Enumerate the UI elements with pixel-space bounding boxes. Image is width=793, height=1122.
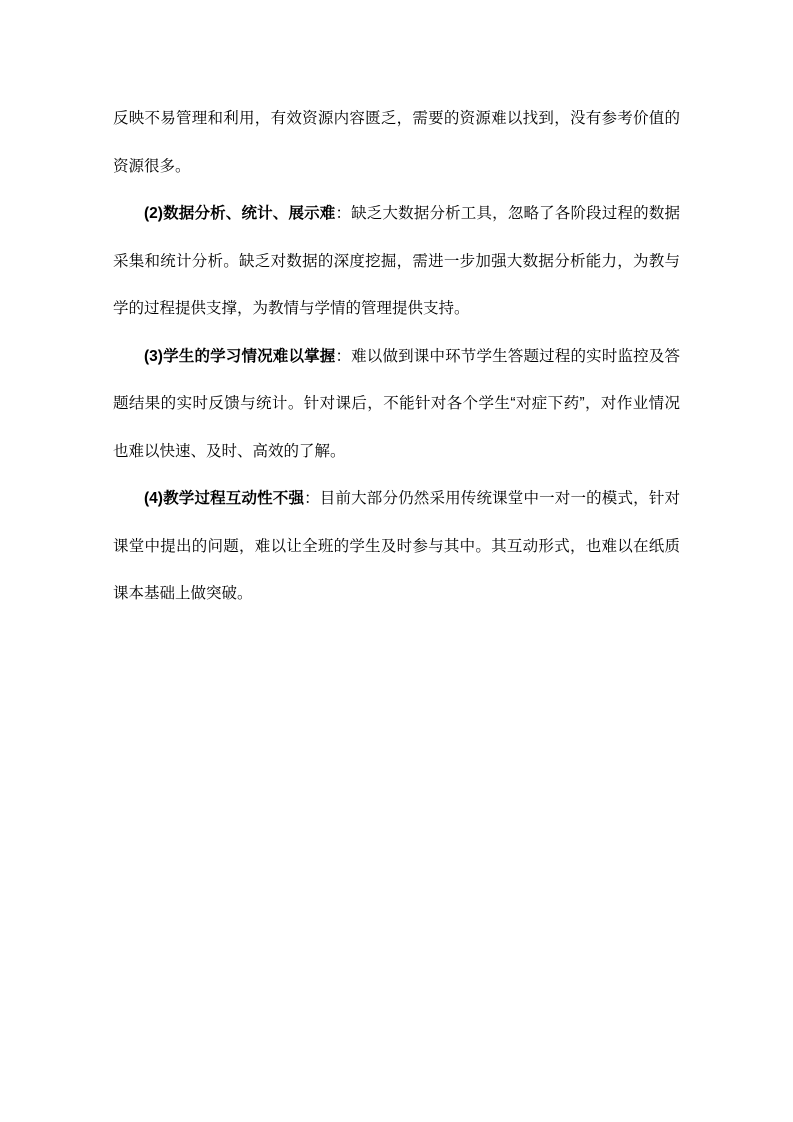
paragraph-text: 反映不易管理和利用，有效资源内容匮乏，需要的资源难以找到，没有参考价值的资源很多…: [113, 110, 680, 175]
paragraph-item-4: (4)教学过程互动性不强：目前大部分仍然采用传统课堂中一对一的模式，针对课堂中提…: [113, 475, 680, 618]
document-content: 反映不易管理和利用，有效资源内容匮乏，需要的资源难以找到，没有参考价值的资源很多…: [113, 95, 680, 618]
paragraph-item-2: (2)数据分析、统计、展示难：缺乏大数据分析工具，忽略了各阶段过程的数据采集和统…: [113, 190, 680, 333]
paragraph-lead-bold: (2)数据分析、统计、展示难: [144, 205, 335, 222]
paragraph-lead-bold: (3)学生的学习情况难以掌握: [144, 348, 335, 365]
document-page: 反映不易管理和利用，有效资源内容匮乏，需要的资源难以找到，没有参考价值的资源很多…: [0, 0, 793, 1122]
paragraph-continuation: 反映不易管理和利用，有效资源内容匮乏，需要的资源难以找到，没有参考价值的资源很多…: [113, 95, 680, 190]
paragraph-item-3: (3)学生的学习情况难以掌握：难以做到课中环节学生答题过程的实时监控及答题结果的…: [113, 333, 680, 476]
paragraph-lead-bold: (4)教学过程互动性不强: [144, 490, 304, 507]
